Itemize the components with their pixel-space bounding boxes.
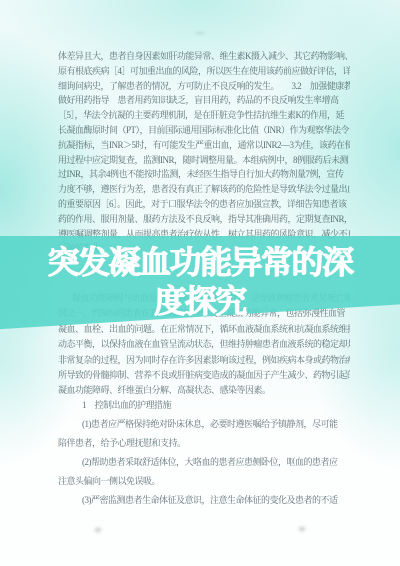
- footer-smudge-left: [93, 526, 103, 534]
- doc-line: 所导致的骨髓抑制、营养不良或肝脏病变造成的凝血因子产生减少、药物引起的: [58, 368, 350, 383]
- doc-line: 抗凝指标，当INR＞5时，有可能发生严重出血，通常以INR2—3为佳，该药在使: [58, 138, 350, 153]
- doc-line: 细询问病史，了解患者的情况，方可防止不良反响的发生。 3.2 加强健康教育，: [58, 79, 350, 94]
- body-text-block-3: 1 控制出血的护理措施 (1)患者应严格保持绝对卧床休息，必要时遵医嘱给予镇静剂…: [58, 396, 350, 510]
- section-heading-line: 1 控制出血的护理措施: [58, 396, 350, 415]
- doc-line: 长凝血酶原时间（PT），目前国际通用国际标准化比值（INR）作为观察华法令: [58, 123, 350, 138]
- doc-line: 力度不够，遵医行为差，患者没有真正了解该药的危险性是导致华法令过量出血: [58, 182, 350, 197]
- title-line-2: 度探究: [0, 282, 400, 321]
- doc-line: 过INR，其余4例也不能按时监测，未经医生指导自行加大药物剂量7例，宣传: [58, 167, 350, 182]
- doc-line: 做好用药指导 患者用药知识缺乏，盲目用药，药品的不良反响发生率增高: [58, 93, 350, 108]
- doc-line: 药的作用、服用剂量、服药方法及不良反响，指导其准确用药，定期复查INR，: [58, 212, 350, 227]
- doc-line: 动态平衡，以保持血液在血管呈流动状态，但维持肿瘤患者血液系统的稳定却是: [58, 337, 350, 352]
- doc-line: 非常复杂的过程，因为同时存在许多因素影响该过程，例如疾病本身或药物治疗: [58, 353, 350, 368]
- doc-line: 的重要原因［6］。因此，对于口服华法令的患者应加强宣教，详细告知患者该: [58, 197, 350, 212]
- body-text-block-1: 体差异且大，患者自身因素如肝功能异常、维生素K摄入减少、其它药物影响、 原有根底…: [58, 49, 350, 256]
- doc-line: (1)患者应严格保持绝对卧床休息，必要时遵医嘱给予镇静剂，尽可能: [58, 415, 350, 434]
- doc-line: 原有根底疾病［4］可加重出血的风险，所以医生在使用该药前应做好评估，详: [58, 64, 350, 79]
- title-line-1: 突发凝血功能异常的深: [0, 243, 400, 282]
- doc-line: 陪伴患者，给予心理抚慰和支持。: [58, 434, 350, 453]
- doc-line: 体差异且大，患者自身因素如肝功能异常、维生素K摄入减少、其它药物影响、: [58, 49, 350, 64]
- doc-line: 注意头偏向一侧以免误吸。: [58, 472, 350, 491]
- doc-line: (2)帮助患者采取舒适体位，大咯血的患者应患侧卧位，呕血的患者应: [58, 453, 350, 472]
- doc-line: ［5］，华法令抗凝的主要药理机制，是在肝脏竞争性拮抗维生素K的作用，延: [58, 108, 350, 123]
- doc-line: 凝血、血栓、出血的问题。在正常情况下，循环血液凝血系统和抗凝血系统维持: [58, 322, 350, 337]
- doc-line: 用过程中应定期复查，监测INR，随时调整用量。本组病例中，8例服药后未测: [58, 153, 350, 168]
- footer-smudge-right: [297, 525, 307, 533]
- page-title: 突发凝血功能异常的深 度探究: [0, 243, 400, 321]
- doc-line: (3)严密监测患者生命体征及意识，注意生命体征的变化及患者的不适: [58, 491, 350, 510]
- header-smudge: [194, 31, 206, 35]
- document-page: 体差异且大，患者自身因素如肝功能异常、维生素K摄入减少、其它药物影响、 原有根底…: [0, 0, 400, 566]
